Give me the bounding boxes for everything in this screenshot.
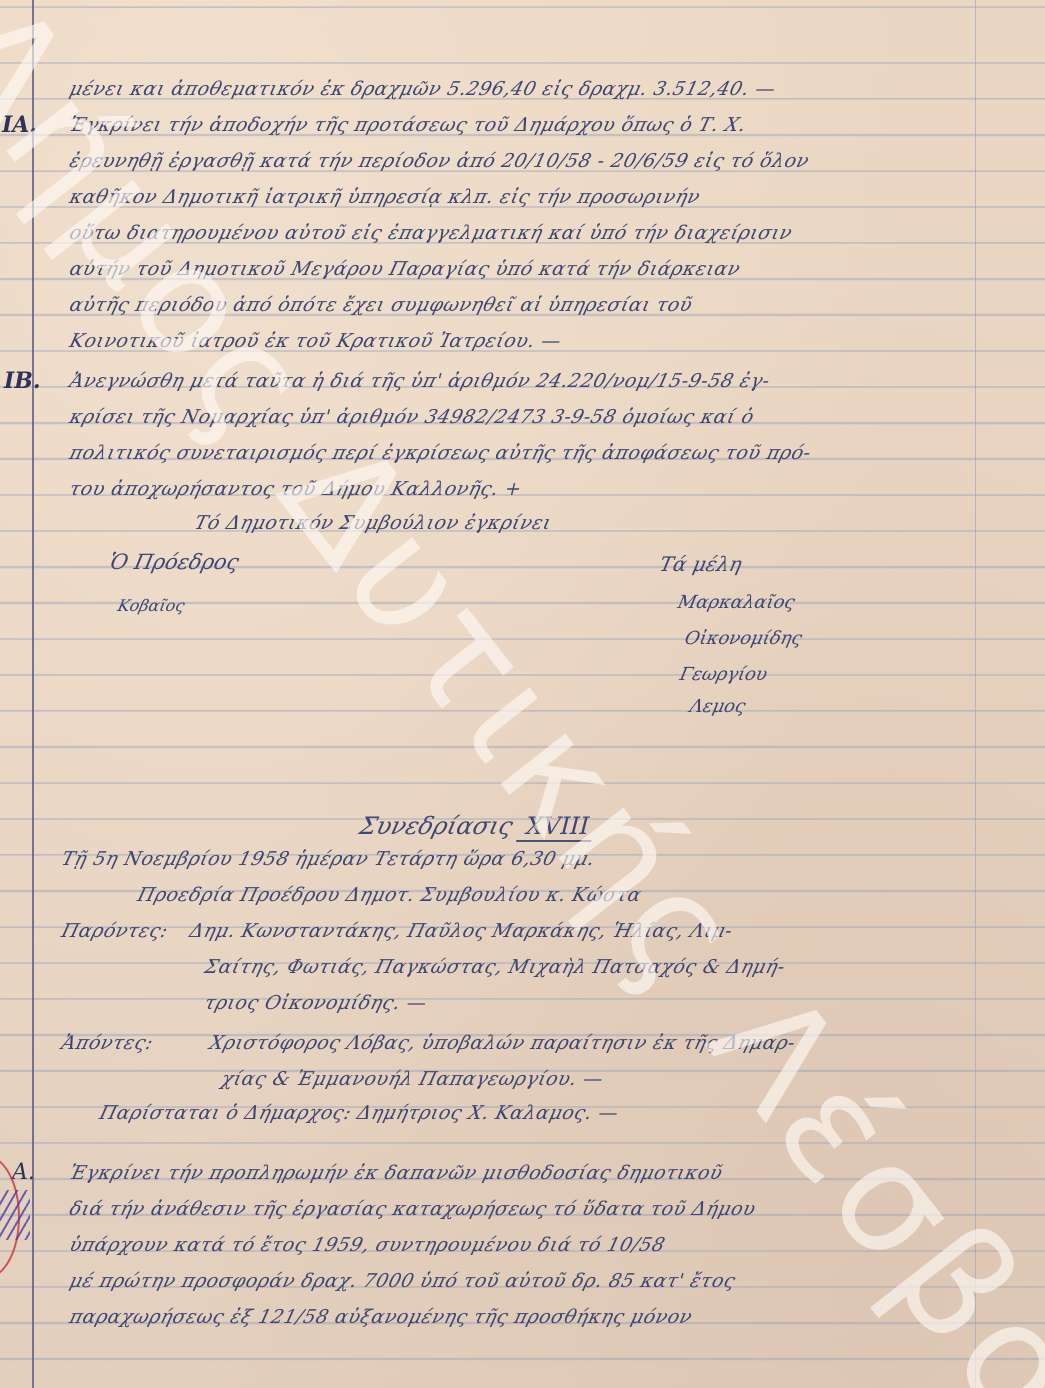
members-label: Τά μέλη <box>657 552 744 576</box>
absent-line: Χριστόφορος Λόβας, ὑποβαλών παραίτησιν ἐ… <box>207 1032 798 1054</box>
president-signature: Κοβαῖος <box>116 596 187 615</box>
session-line: Τῇ 5η Νοεμβρίου 1958 ἡμέραν Τετάρτη ὥρα … <box>59 848 597 870</box>
right-margin-rule <box>975 0 976 1388</box>
present-line: Σαίτης, Φωτιάς, Παγκώστας, Μιχαὴλ Πατσαχ… <box>202 956 787 978</box>
item-ia-label: ΙΑ. <box>2 112 37 138</box>
item-ib-line: Ἀνεγνώσθη μετά ταῦτα ἡ διά τῆς ὑπ' ἀριθμ… <box>67 370 772 392</box>
mayor-line: Παρίσταται ὁ Δήμαρχος: Δημήτριος Χ. Καλα… <box>97 1102 621 1124</box>
item-ib-line: του ἀποχωρήσαντος τοῦ Δήμου Καλλονῆς. + <box>67 478 524 500</box>
item-a-line: Ἐγκρίνει τήν προπληρωμήν ἐκ δαπανῶν μισθ… <box>67 1162 725 1184</box>
session-number: XVIII <box>516 812 598 842</box>
member-signature: Οἰκονομίδης <box>683 628 804 649</box>
item-ib-label: ΙΒ. <box>4 368 41 394</box>
member-signature: Λεμος <box>688 696 748 717</box>
present-line: Δημ. Κωνσταντάκης, Παῦλος Μαρκάκης, Ἡλία… <box>187 920 735 942</box>
item-ia-line: αὐτῆς περιόδου ἀπό ὁπότε ἔχει συμφωνηθεῖ… <box>67 294 695 316</box>
item-ib-line: κρίσει τῆς Νομαρχίας ὑπ' ἀριθμόν 34982/2… <box>67 406 756 428</box>
item-ia-line: Ἐγκρίνει τήν ἀποδοχήν τῆς προτάσεως τοῦ … <box>67 114 748 136</box>
item-ia-line: αὐτήν τοῦ Δημοτικοῦ Μεγάρου Παραγίας ὑπό… <box>67 258 743 280</box>
session-title: Συνεδρίασις XVIII <box>357 812 599 840</box>
session-title-prefix: Συνεδρίασις <box>357 812 516 840</box>
absent-line: χίας & Ἐμμανουήλ Παπαγεωργίου. — <box>219 1068 605 1090</box>
member-signature: Μαρκαλαῖος <box>676 592 797 613</box>
item-ia-line: καθῆκον Δημοτικῆ ἰατρικῆ ὑπηρεσίᾳ κλπ. ε… <box>67 186 702 208</box>
item-a-line: παραχωρήσεως ἐξ 121/58 αὐξανομένης τῆς π… <box>67 1306 694 1328</box>
item-a-line: διά τήν ἀνάθεσιν τῆς ἐργασίας καταχωρήσε… <box>67 1198 758 1220</box>
item-ia-line: ἐρευνηθῇ ἐργασθῇ κατά τήν περίοδον ἀπό 2… <box>67 150 811 172</box>
item-ib-closing: Τό Δημοτικόν Συμβούλιον ἐγκρίνει <box>192 512 554 534</box>
session-line: Προεδρία Προέδρου Δημοτ. Συμβουλίου κ. Κ… <box>135 884 644 906</box>
item-ia-line: Κοινοτικοῦ ἰατροῦ ἐκ τοῦ Κρατικοῦ Ἰατρεί… <box>67 330 564 352</box>
present-label: Παρόντες: <box>59 920 170 942</box>
president-label: Ὁ Πρόεδρος <box>107 550 241 574</box>
member-signature: Γεωργίου <box>678 664 769 685</box>
scanned-ledger-page: μένει και ἀποθεματικόν ἐκ δραχμῶν 5.296,… <box>0 0 1045 1388</box>
continuation-line: μένει και ἀποθεματικόν ἐκ δραχμῶν 5.296,… <box>67 78 778 100</box>
item-ib-line: πολιτικός συνεταιρισμός περί ἐγκρίσεως α… <box>67 442 813 464</box>
item-ia-line: οὕτω διατηρουμένου αὐτοῦ εἰς ἐπαγγελματι… <box>67 222 794 244</box>
item-a-line: μέ πρώτην προσφοράν δραχ. 7000 ὑπό τοῦ α… <box>67 1270 738 1292</box>
stamp-ink-marks <box>0 1190 30 1240</box>
present-line: τριος Οἰκονομίδης. — <box>202 992 429 1014</box>
item-a-line: ὑπάρχουν κατά τό ἔτος 1959, συντηρουμένο… <box>67 1234 667 1256</box>
item-a-label: Α. <box>12 1160 35 1185</box>
absent-label: Ἀπόντες: <box>59 1032 155 1054</box>
